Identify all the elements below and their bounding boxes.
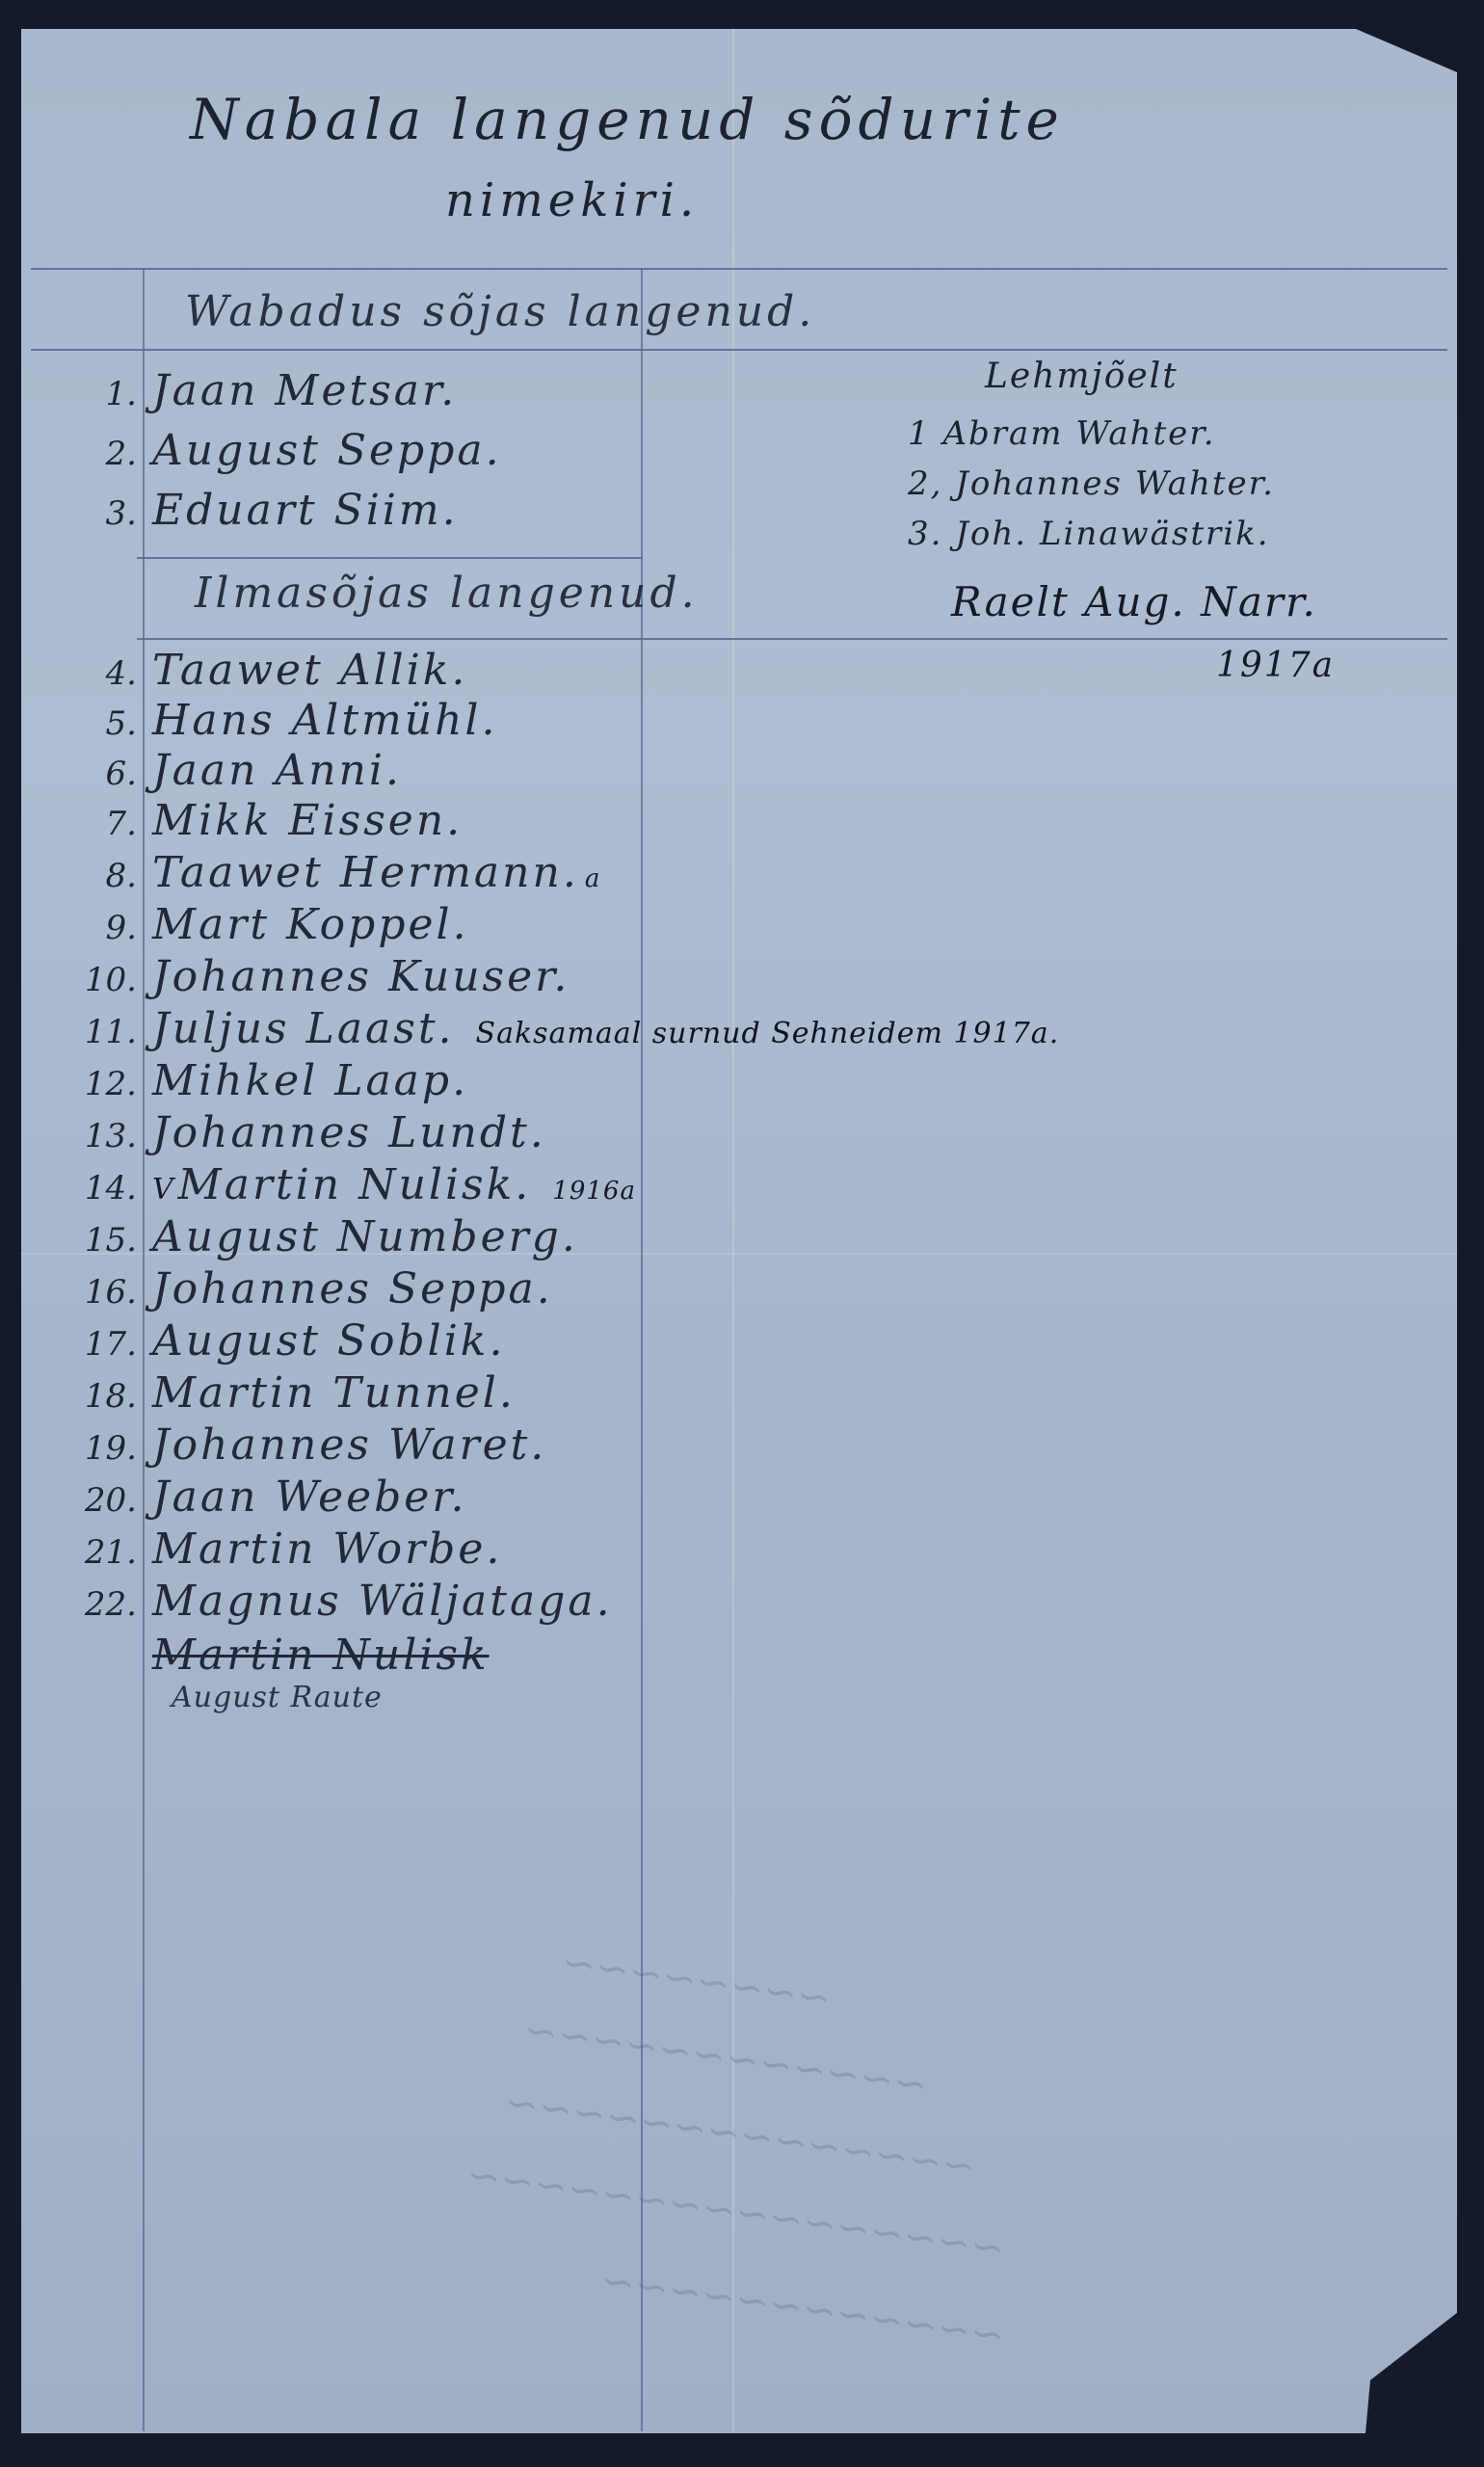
list-item: 5.Hans Altmühl. xyxy=(21,696,498,746)
list-item: 6.Jaan Anni. xyxy=(21,746,402,796)
entry-name: Jaan Anni. xyxy=(152,746,402,795)
document-title-line2: nimekiri. xyxy=(445,173,699,227)
entry-number: 16. xyxy=(21,1273,152,1312)
entry-name: Martin Worbe. xyxy=(152,1525,502,1574)
entry-number: 14. xyxy=(21,1169,152,1207)
right-column-extra-line: Raelt Aug. Narr. xyxy=(951,578,1317,625)
entry-number: 9. xyxy=(21,909,152,947)
entry-number: 7. xyxy=(21,805,152,843)
entry-number: 10. xyxy=(21,961,152,999)
entry-number: 5. xyxy=(21,704,152,743)
paper-sheet: Nabala langenud sõdurite nimekiri. Wabad… xyxy=(21,29,1457,2433)
right-entry-name: Johannes Wahter. xyxy=(955,464,1275,503)
list-item: 20.Jaan Weeber. xyxy=(21,1472,467,1523)
entry-name: Taawet Allik. xyxy=(152,646,467,695)
list-item: 8.Taawet Hermann.a xyxy=(21,848,600,898)
document-title-line1: Nabala langenud sõdurite xyxy=(190,87,1065,152)
entry-number: 19. xyxy=(21,1429,152,1468)
section-heading-world-war: Ilmasõjas langenud. xyxy=(195,569,699,618)
list-item: 15.August Numberg. xyxy=(21,1212,578,1262)
entry-name: Taawet Hermann. xyxy=(152,848,579,897)
entry-name: August Seppa. xyxy=(152,426,502,475)
entry-name: Magnus Wäljataga. xyxy=(152,1577,613,1626)
list-item: 9.Mart Koppel. xyxy=(21,900,469,950)
entry-name: Jaan Weeber. xyxy=(152,1472,467,1522)
entry-name: Juljus Laast. xyxy=(152,1004,455,1053)
list-item: 1. Jaan Metsar. xyxy=(21,366,457,416)
entry-name: Jaan Metsar. xyxy=(152,366,457,415)
section2-rule xyxy=(137,638,1447,640)
entry-number: 15. xyxy=(21,1221,152,1260)
entry-annotation: Saksamaal surnud Sehneidem 1917a. xyxy=(476,1017,1060,1050)
list-item: 18.Martin Tunnel. xyxy=(21,1368,516,1419)
right-entry-number: 2, xyxy=(908,464,942,503)
list-item: 16.Johannes Seppa. xyxy=(21,1264,553,1314)
entry-number: 6. xyxy=(21,755,152,793)
list-item: 14.VMartin Nulisk.1916a xyxy=(21,1160,636,1210)
list-item: 12.Mihkel Laap. xyxy=(21,1056,468,1106)
entry-number: 2. xyxy=(21,435,152,473)
list-item: 10.Johannes Kuuser. xyxy=(21,952,570,1002)
list-item: 13.Johannes Lundt. xyxy=(21,1108,546,1158)
entry-number: 4. xyxy=(21,654,152,693)
entry-suffix: a xyxy=(585,864,601,893)
entry-number: 11. xyxy=(21,1013,152,1051)
list-item: 7.Mikk Eissen. xyxy=(21,796,463,846)
entry-number: 21. xyxy=(21,1533,152,1572)
entry-name: August Soblik. xyxy=(152,1316,505,1366)
entry-number: 22. xyxy=(21,1585,152,1624)
added-entry-name: August Raute xyxy=(172,1681,383,1714)
entry-prefix-mark: V xyxy=(152,1173,174,1207)
entry-number: 18. xyxy=(21,1377,152,1416)
entry-name: Eduart Siim. xyxy=(152,486,459,535)
list-item: 22.Magnus Wäljataga. xyxy=(21,1577,613,1627)
entry-number: 20. xyxy=(21,1481,152,1520)
top-rule xyxy=(31,268,1447,270)
right-column-list: 1 Abram Wahter. 2, Johannes Wahter. 3. J… xyxy=(908,414,1409,588)
list-item: 17.August Soblik. xyxy=(21,1316,505,1366)
right-list-item: 3. Joh. Linawästrik. xyxy=(908,515,1270,553)
section2-list: 4.Taawet Allik. 5.Hans Altmühl. 6.Jaan A… xyxy=(21,646,1370,1918)
entry-number: 8. xyxy=(21,857,152,895)
entry-number: 1. xyxy=(21,375,152,413)
entry-name: Johannes Lundt. xyxy=(152,1108,546,1157)
entry-number: 3. xyxy=(21,494,152,533)
entry-name: Martin Tunnel. xyxy=(152,1368,516,1418)
entry-name: Mart Koppel. xyxy=(152,900,469,949)
section1-list: 1. Jaan Metsar. 2. August Seppa. 3. Edua… xyxy=(21,366,638,559)
right-entry-number: 3. xyxy=(908,515,942,553)
right-list-item: 1 Abram Wahter. xyxy=(908,414,1216,453)
struck-entry: Martin Nulisk xyxy=(21,1631,490,1681)
list-item: 21.Martin Worbe. xyxy=(21,1525,502,1575)
entry-number: 13. xyxy=(21,1117,152,1155)
entry-name: Mihkel Laap. xyxy=(152,1056,468,1105)
entry-name: Johannes Kuuser. xyxy=(152,952,570,1001)
list-item: 3. Eduart Siim. xyxy=(21,486,459,536)
entry-number: 17. xyxy=(21,1325,152,1364)
entry-number: 12. xyxy=(21,1065,152,1103)
right-list-item: 2, Johannes Wahter. xyxy=(908,464,1275,503)
section-rule xyxy=(31,349,1447,351)
entry-name: Johannes Seppa. xyxy=(152,1264,553,1313)
entry-name: Mikk Eissen. xyxy=(152,796,463,845)
list-item: 11.Juljus Laast.Saksamaal surnud Sehneid… xyxy=(21,1004,1059,1054)
list-item: 2. August Seppa. xyxy=(21,426,502,476)
struck-entry-name: Martin Nulisk xyxy=(152,1631,490,1680)
list-item: 19.Johannes Waret. xyxy=(21,1420,546,1471)
right-entry-name: Abram Wahter. xyxy=(942,414,1215,453)
entry-name: Hans Altmühl. xyxy=(152,696,498,745)
entry-name: Martin Nulisk. xyxy=(178,1160,532,1209)
right-entry-name: Joh. Linawästrik. xyxy=(955,515,1269,553)
list-item: 4.Taawet Allik. xyxy=(21,646,467,696)
entry-annotation: 1916a xyxy=(552,1177,636,1206)
entry-name: Johannes Waret. xyxy=(152,1420,546,1470)
right-column-heading: Lehmjõelt xyxy=(985,357,1179,396)
section-heading-war-of-independence: Wabadus sõjas langenud. xyxy=(185,287,815,336)
right-entry-number: 1 xyxy=(908,414,931,453)
entry-name: August Numberg. xyxy=(152,1212,578,1261)
added-entry: August Raute xyxy=(21,1681,383,1731)
